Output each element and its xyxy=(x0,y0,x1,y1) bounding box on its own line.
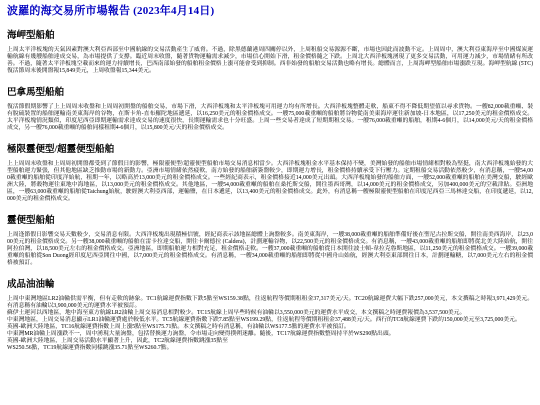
product-tanker-paragraph-mr-ukc-line2: WS250.56點，TC19航線運費指數同樣跳漲35.71點至WS260.7點。 xyxy=(7,345,533,352)
product-tanker-paragraph-mr-meg: 中東灣MR油輪上周漲跌不一，周中湧現大量詢盤，包括替換運力詢盤，令市場走向變得撲… xyxy=(7,331,533,338)
report-document: 波羅的海交易所市場報告 (2023年4月14日) 海岬型船舶 上周太平洋板塊的天… xyxy=(0,0,540,352)
handysize-paragraph: 上周逢節假日影響交易天數較少，交易消息有限。大西洋板塊出現積極信號，經紀商表示該… xyxy=(7,232,533,267)
section-ultramax-supramax: 極限靈便型/超靈便型船舶 上上周周末收盤和上周周初開盤都受到了節假日的影響，極限… xyxy=(7,145,533,203)
product-tanker-paragraph-mr-ukc-line1: 英國-歐洲大陸地區，上周交易活動水平顯著上升，因此，TC2航線運費指數跳漲35點… xyxy=(7,338,533,345)
ultramax-supramax-heading: 極限靈便型/超靈便型船舶 xyxy=(7,145,533,156)
product-tanker-heading: 成品油油輪 xyxy=(7,280,533,291)
ultramax-supramax-paragraph: 上上周周末收盤和上周周初開盤都受到了節假日的影響，極限靈便型/超靈便型船舶市場交… xyxy=(7,161,533,203)
section-handysize: 靈便型船舶 上周逢節假日影響交易天數較少，交易消息有限。大西洋板塊出現積極信號，… xyxy=(7,216,533,267)
panamax-paragraph: 復活節假期影響了上上周周末收盤和上周周初開盤的船舶交易，市場下滑，大西洋板塊和太… xyxy=(7,104,533,132)
product-tanker-paragraph-lr2-meg: 上周中東灣地區LR2油輪供需平衡，但有走軟的跡象。TC1航線運費指數下跌5點至W… xyxy=(7,296,533,310)
panamax-heading: 巴拿馬型船舶 xyxy=(7,88,533,99)
section-capesize: 海岬型船舶 上周太平洋板塊的天氣因素對澳大利亞西部至中國航線的交易活動產生了威脅… xyxy=(7,31,533,75)
section-panamax: 巴拿馬型船舶 復活節假期影響了上上周周末收盤和上周周初開盤的船舶交易，市場下滑，… xyxy=(7,88,533,132)
capesize-heading: 海岬型船舶 xyxy=(7,31,533,42)
product-tanker-paragraph-tc16-ukc: 英國-歐洲大陸地區，TC16航線運費指數上周上漲5點至WS175.71點。本文撰… xyxy=(7,324,533,331)
capesize-paragraph: 上周太平洋板塊的天氣因素對澳大利亞西部至中國航線的交易活動產生了威脅。不過，除黑… xyxy=(7,47,533,75)
product-tanker-paragraph-lr2-west-of-suez: 蘇伊士運河以西地區，地中海至東方航線LR2油輪上周交易消息相對較少。TC15航線… xyxy=(7,310,533,317)
product-tanker-paragraph-lr1-meg: 中東灣地區，上周交易消息顯示LR1油輪運費處於較低水平。TC5航線運費指數下跌7… xyxy=(7,317,533,324)
section-product-tanker: 成品油油輪 上周中東灣地區LR2油輪供需平衡，但有走軟的跡象。TC1航線運費指數… xyxy=(7,280,533,352)
handysize-heading: 靈便型船舶 xyxy=(7,216,533,227)
report-title: 波羅的海交易所市場報告 (2023年4月14日) xyxy=(7,5,533,18)
